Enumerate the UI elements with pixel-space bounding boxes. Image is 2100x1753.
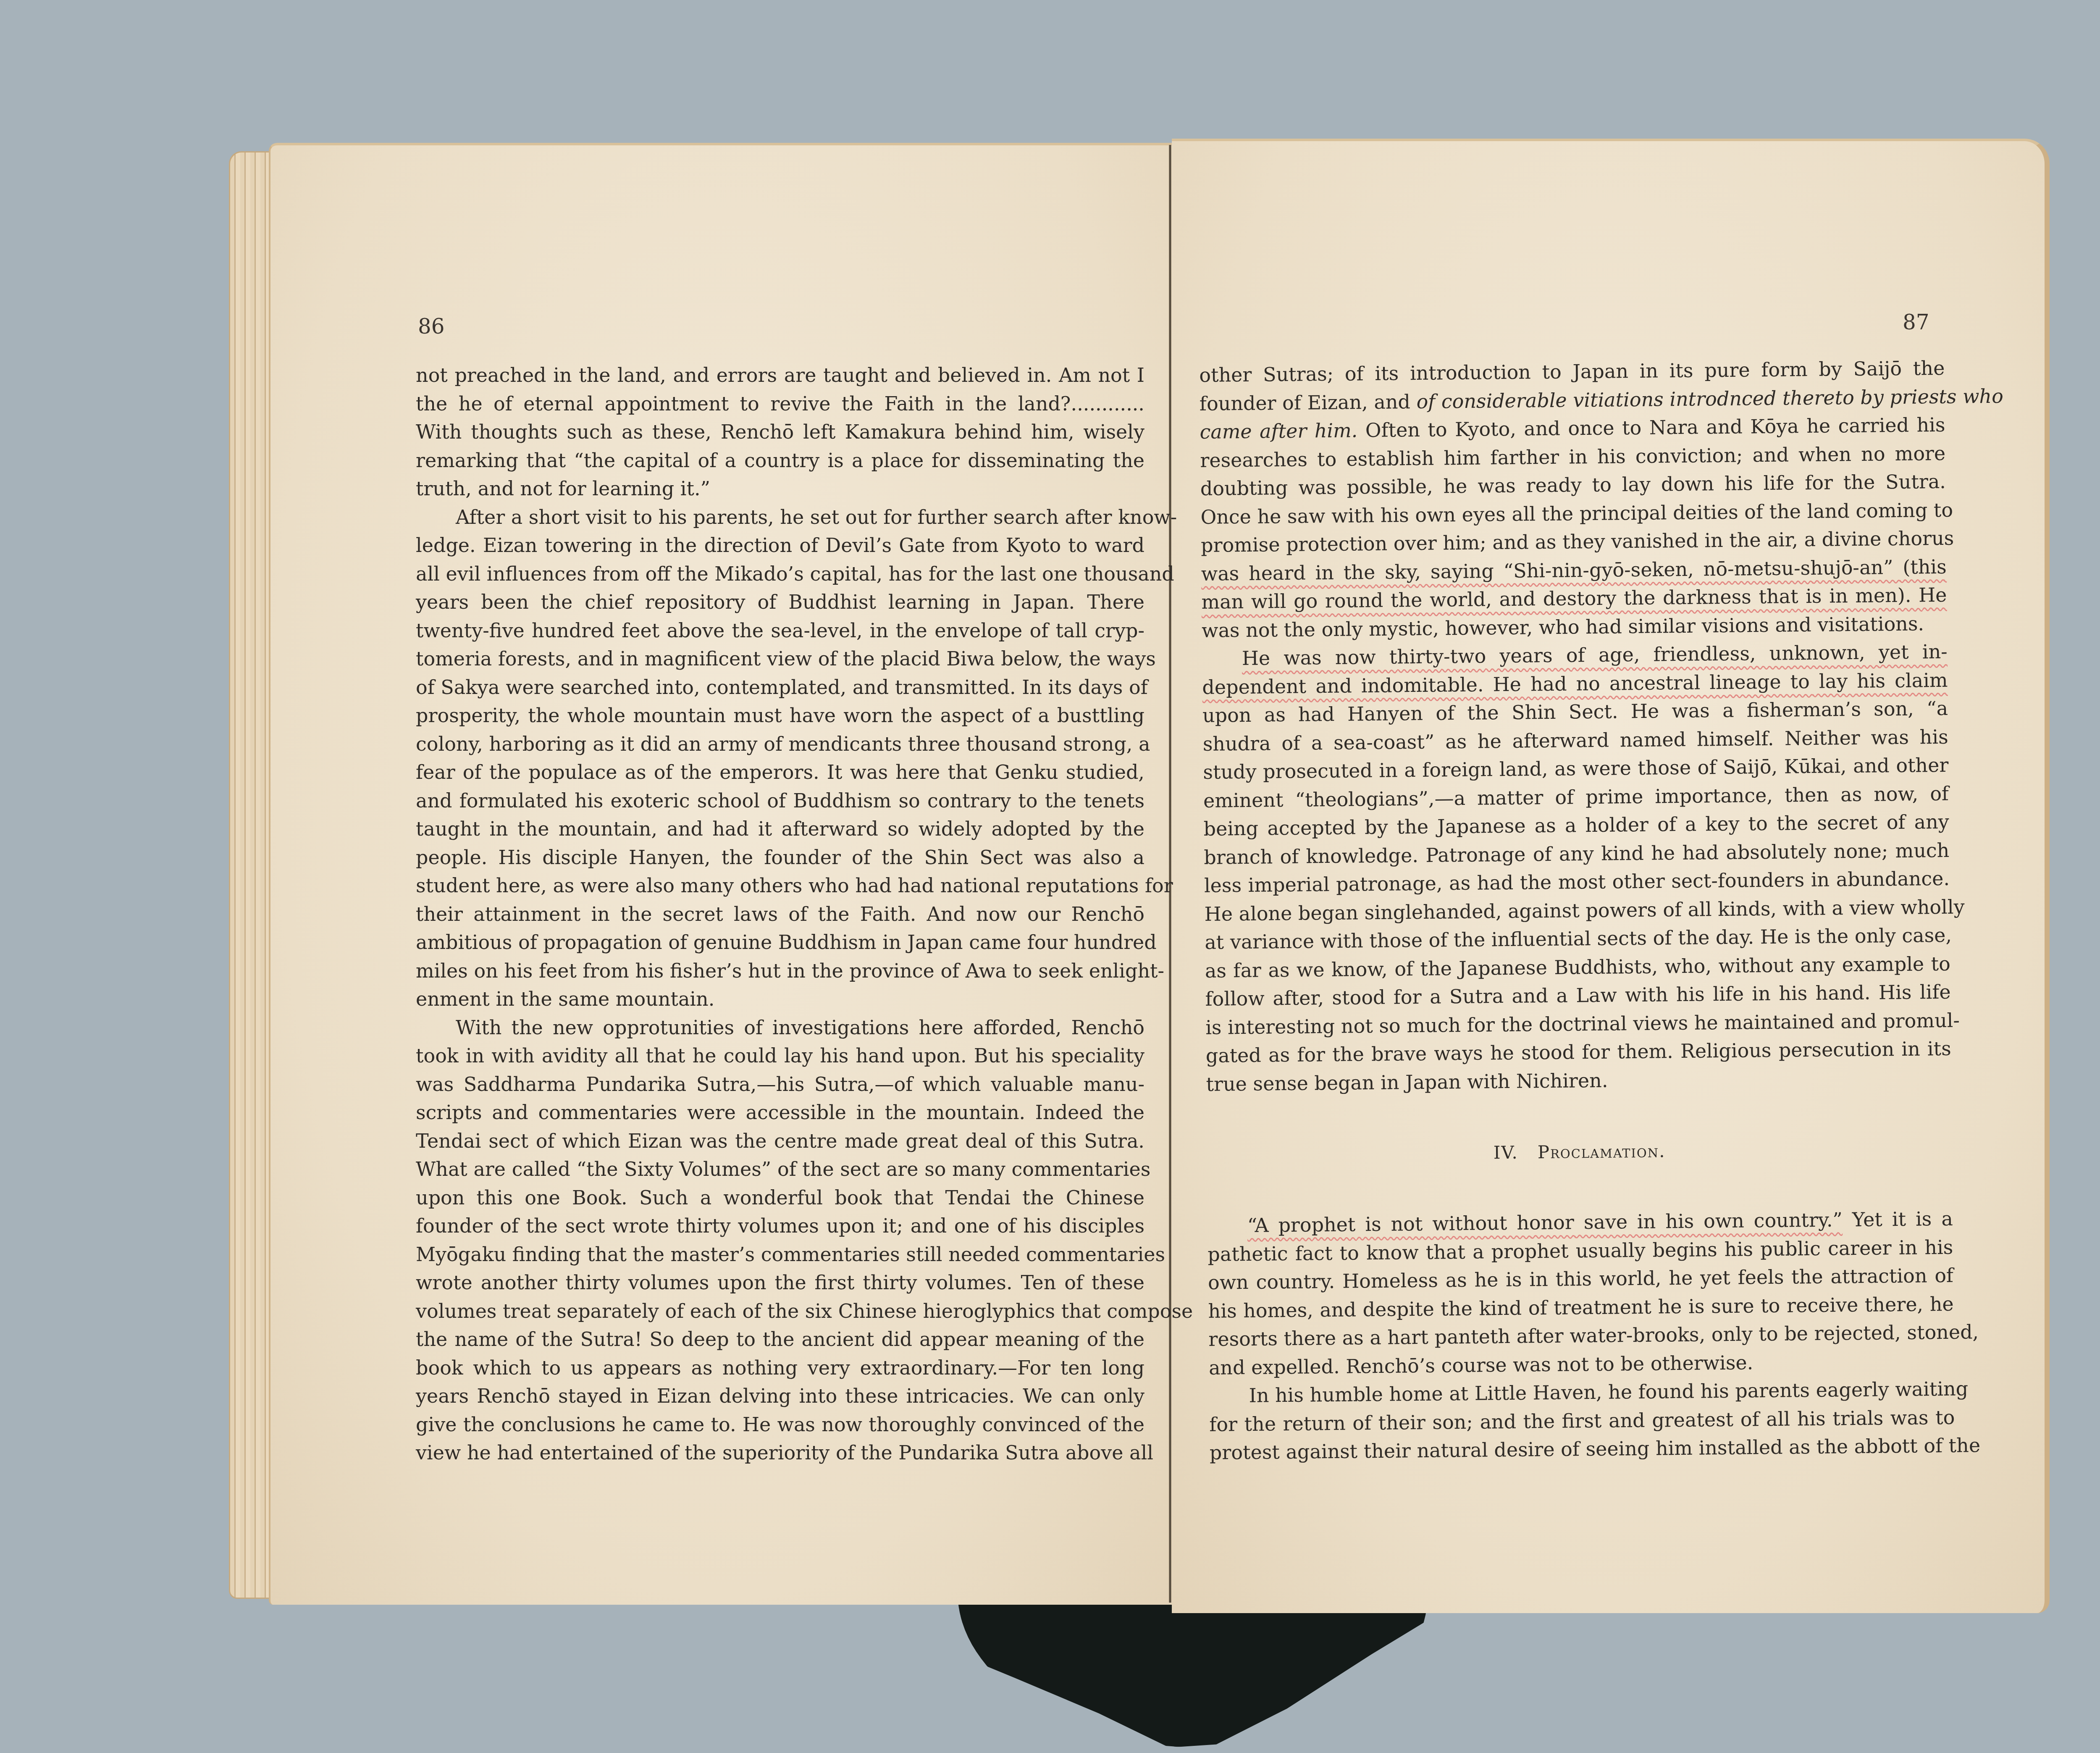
text-line: people. His disciple Hanyen, the founder… bbox=[416, 844, 1144, 872]
text-line: tomeria forests, and in magnificent view… bbox=[416, 645, 1144, 673]
page-number-left: 86 bbox=[418, 314, 445, 339]
text-line: After a short visit to his parents, he s… bbox=[416, 503, 1144, 532]
right-page-text: other Sutras; of its introduction to Jap… bbox=[1199, 354, 1955, 1467]
chapter-title: Proclamation. bbox=[1538, 1141, 1666, 1162]
text-line: the he of eternal appointment to revive … bbox=[416, 390, 1144, 418]
underlined-quote: “A prophet is not without honor save in … bbox=[1247, 1208, 1843, 1237]
text-line: prosperity, the whole mountain must have… bbox=[416, 702, 1144, 730]
chapter-heading: IV. Proclamation. bbox=[1206, 1120, 1952, 1183]
text-line: took in with avidity all that he could l… bbox=[416, 1042, 1144, 1070]
text-run: Yet it is a bbox=[1843, 1207, 1953, 1231]
text-line: With thoughts such as these, Renchō left… bbox=[416, 418, 1144, 447]
text-line: Tendai sect of which Eizan was the centr… bbox=[416, 1127, 1144, 1156]
text-line: wrote another thirty volumes upon the fi… bbox=[416, 1269, 1144, 1297]
text-line: book which to us appears as nothing very… bbox=[416, 1354, 1144, 1382]
italic-text: of considerable vitiations introdnced th… bbox=[1416, 384, 2003, 413]
text-line: ambitious of propagation of genuine Budd… bbox=[416, 928, 1144, 957]
text-line: was Saddharma Pundarika Sutra,—his Sutra… bbox=[416, 1070, 1144, 1099]
text-line: all evil influences from off the Mikado’… bbox=[416, 560, 1144, 589]
text-line: What are called “the Sixty Volumes” of t… bbox=[416, 1155, 1144, 1184]
text-line: founder of the sect wrote thirty volumes… bbox=[416, 1212, 1144, 1241]
text-line: With the new opprotunities of investigat… bbox=[416, 1014, 1144, 1042]
text-line: the name of the Sutra! So deep to the an… bbox=[416, 1325, 1144, 1354]
text-line: scripts and commentaries were accessible… bbox=[416, 1099, 1144, 1127]
left-page-text: not preached in the land, and errors are… bbox=[416, 361, 1144, 1467]
text-line: years Renchō stayed in Eizan delving int… bbox=[416, 1382, 1144, 1411]
text-line: years been the chief repository of Buddh… bbox=[416, 588, 1144, 617]
text-line: not preached in the land, and errors are… bbox=[416, 361, 1144, 390]
book-gutter bbox=[1169, 145, 1171, 1603]
text-run: Often to Kyoto, and once to Nara and Kōy… bbox=[1357, 413, 1945, 442]
chapter-numeral: IV. bbox=[1494, 1142, 1518, 1163]
text-line: enment in the same mountain. bbox=[416, 985, 1144, 1014]
text-run: founder of Eizan, and bbox=[1200, 390, 1417, 415]
text-line: of Sakya were searched into, contemplate… bbox=[416, 673, 1144, 702]
text-line: miles on his feet from his fisher’s hut … bbox=[416, 957, 1144, 986]
text-line: remarking that “the capital of a country… bbox=[416, 447, 1144, 475]
text-line: taught in the mountain, and had it after… bbox=[416, 815, 1144, 844]
text-line: twenty-five hundred feet above the sea-l… bbox=[416, 617, 1144, 645]
text-line: volumes treat separately of each of the … bbox=[416, 1297, 1144, 1326]
text-line: ledge. Eizan towering in the direction o… bbox=[416, 531, 1144, 560]
text-line: colony, harboring as it did an army of m… bbox=[416, 730, 1144, 759]
spine-shadow bbox=[958, 1592, 1428, 1748]
text-line: student here, as were also many others w… bbox=[416, 872, 1144, 900]
text-line: Myōgaku finding that the master’s commen… bbox=[416, 1241, 1144, 1269]
text-line: their attainment in the secret laws of t… bbox=[416, 900, 1144, 929]
page-number-right: 87 bbox=[1903, 310, 1929, 334]
text-line: give the conclusions he came to. He was … bbox=[416, 1411, 1144, 1439]
text-line: view he had entertained of the superiori… bbox=[416, 1439, 1144, 1467]
text-line: truth, and not for learning it.” bbox=[416, 475, 1144, 503]
text-line: fear of the populace as of the emperors.… bbox=[416, 758, 1144, 787]
text-line: upon this one Book. Such a wonderful boo… bbox=[416, 1184, 1144, 1212]
text-line: and formulated his exoteric school of Bu… bbox=[416, 787, 1144, 815]
italic-text: came after him. bbox=[1200, 419, 1357, 443]
